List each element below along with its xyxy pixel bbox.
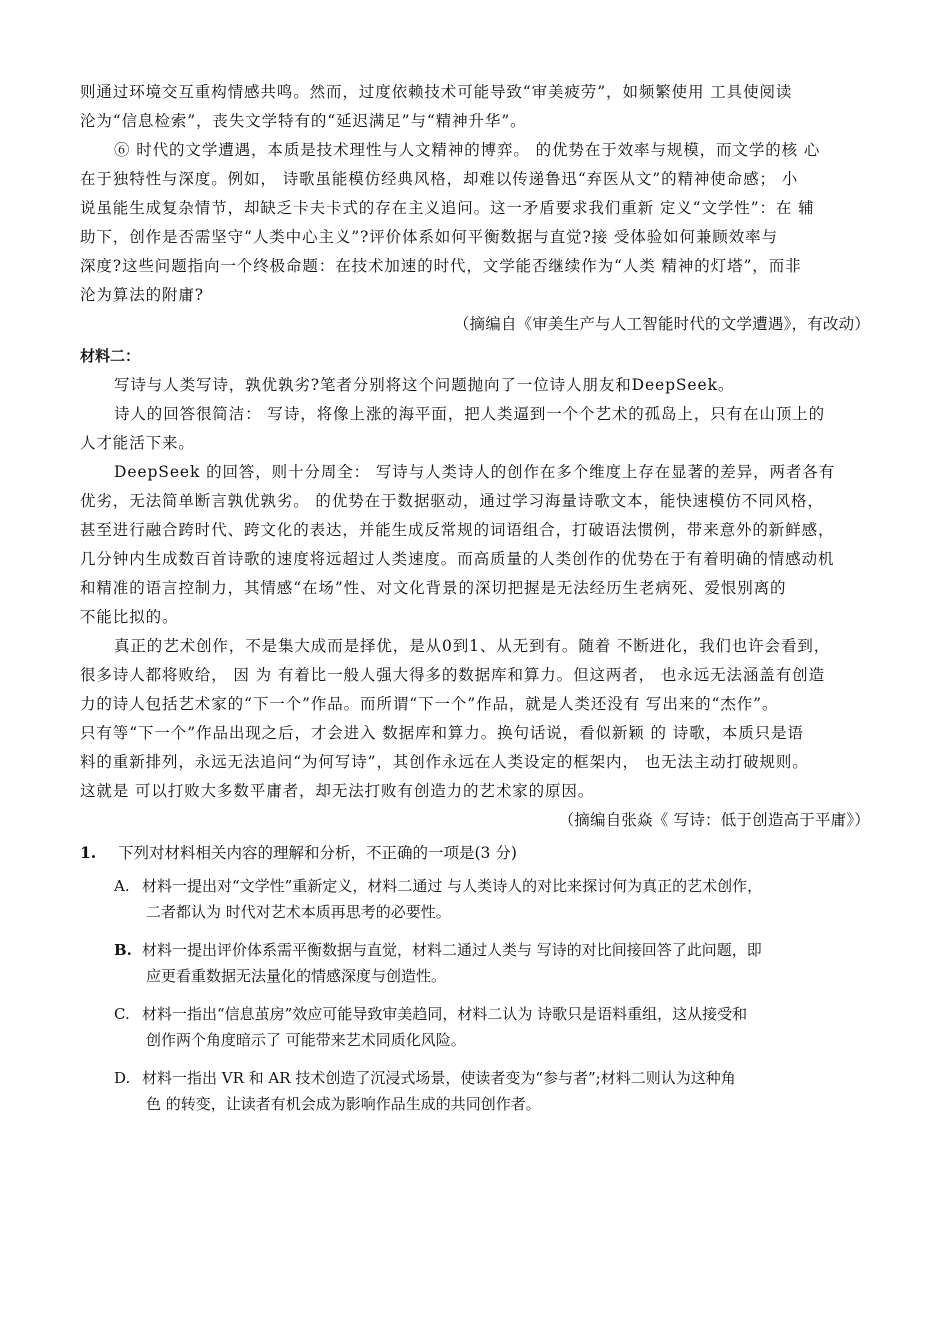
- material-two-paragraph-2: 诗人的回答很简洁： 写诗，将像上涨的海平面，把人类逼到一个个艺术的孤岛上，只有在…: [80, 400, 880, 458]
- option-letter: D.: [114, 1065, 142, 1091]
- text-line: 人才能活下来。: [80, 429, 880, 458]
- material-two-paragraph-1: 写诗与人类写诗，孰优孰劣?笔者分别将这个问题抛向了一位诗人朋友和DeepSeek…: [80, 371, 880, 400]
- option-text: 材料一指出 VR 和 AR 技术创造了沉浸式场景，使读者变为“参与者”;材料二则…: [142, 1069, 736, 1087]
- option-letter: B.: [114, 937, 142, 963]
- question-1-stem: 1.下列对材料相关内容的理解和分析，不正确的一项是(3 分): [80, 839, 880, 867]
- option-text: 材料一指出“信息茧房”效应可能导致审美趋同，材料二认为 诗歌只是语料重组，这从接…: [142, 1005, 747, 1023]
- text-line: 甚至进行融合跨时代、跨文化的表达，并能生成反常规的词语组合，打破语法惯例，带来意…: [80, 516, 880, 545]
- option-text: 材料一提出对“文学性”重新定义，材料二通过 与人类诗人的对比来探讨何为真正的艺术…: [142, 877, 762, 895]
- exam-page: 则通过环境交互重构情感共鸣。然而，过度依赖技术可能导致“审美疲劳”，如频繁使用 …: [80, 78, 880, 1117]
- text-line: 深度?这些问题指向一个终极命题：在技术加速的时代，文学能否继续作为“人类 精神的…: [80, 252, 880, 281]
- option-text-continued: 二者都认为 时代对艺术本质再思考的必要性。: [114, 899, 880, 925]
- text-line: 料的重新排列，永远无法追问“为何写诗”，其创作永远在人类设定的框架内， 也无法主…: [80, 748, 880, 777]
- option-letter: A.: [114, 873, 142, 899]
- question-number: 1.: [80, 839, 118, 867]
- text-line: 真正的艺术创作，不是集大成而是择优，是从0到1、从无到有。随着 不断进化，我们也…: [80, 632, 880, 661]
- text-line: 沦为“信息检索”，丧失文学特有的“延迟满足”与“精神升华”。: [80, 107, 880, 136]
- material-two-source: （摘编自张焱《 写诗：低于创造高于平庸》）: [80, 806, 880, 835]
- text-line: 这就是 可以打败大多数平庸者，却无法打败有创造力的艺术家的原因。: [80, 777, 880, 806]
- material-one-source: （摘编自《审美生产与人工智能时代的文学遭遇》，有改动）: [80, 310, 880, 339]
- option-text-continued: 色 的转变，让读者有机会成为影响作品生成的共同创作者。: [114, 1091, 880, 1117]
- text-line: DeepSeek 的回答，则十分周全： 写诗与人类诗人的创作在多个维度上存在显著…: [80, 458, 880, 487]
- text-line: 则通过环境交互重构情感共鸣。然而，过度依赖技术可能导致“审美疲劳”，如频繁使用 …: [80, 78, 880, 107]
- text-line: 助下，创作是否需坚守“人类中心主义”?评价体系如何平衡数据与直觉?接 受体验如何…: [80, 223, 880, 252]
- text-line: 和精准的语言控制力，其情感“在场”性、对文化背景的深切把握是无法经历生老病死、爱…: [80, 574, 880, 603]
- text-line: 力的诗人包括艺术家的“下一个”作品。而所谓“下一个”作品，就是人类还没有 写出来…: [80, 690, 880, 719]
- material-one-paragraph-6: ⑥ 时代的文学遭遇，本质是技术理性与人文精神的博弈。 的优势在于效率与规模，而文…: [80, 136, 880, 310]
- material-two-heading: 材料二：: [80, 341, 880, 371]
- option-text-continued: 应更看重数据无法量化的情感深度与创造性。: [114, 963, 880, 989]
- question-text: 下列对材料相关内容的理解和分析，不正确的一项是(3 分): [118, 844, 517, 862]
- option-letter: C.: [114, 1001, 142, 1027]
- option-c[interactable]: C.材料一指出“信息茧房”效应可能导致审美趋同，材料二认为 诗歌只是语料重组，这…: [80, 1001, 880, 1053]
- material-two-paragraph-3: DeepSeek 的回答，则十分周全： 写诗与人类诗人的创作在多个维度上存在显著…: [80, 458, 880, 632]
- text-line: 几分钟内生成数百首诗歌的速度将远超过人类速度。而高质量的人类创作的优势在于有着明…: [80, 545, 880, 574]
- text-line: 沦为算法的附庸?: [80, 281, 880, 310]
- option-d[interactable]: D.材料一指出 VR 和 AR 技术创造了沉浸式场景，使读者变为“参与者”;材料…: [80, 1065, 880, 1117]
- material-one-paragraph-5-tail: 则通过环境交互重构情感共鸣。然而，过度依赖技术可能导致“审美疲劳”，如频繁使用 …: [80, 78, 880, 136]
- text-line: 不能比拟的。: [80, 603, 880, 632]
- text-line: 只有等“下一个”作品出现之后，才会进入 数据库和算力。换句话说，看似新颖 的 诗…: [80, 719, 880, 748]
- text-line: 说虽能生成复杂情节，却缺乏卡夫卡式的存在主义追问。这一矛盾要求我们重新 定义“文…: [80, 194, 880, 223]
- text-line: 诗人的回答很简洁： 写诗，将像上涨的海平面，把人类逼到一个个艺术的孤岛上，只有在…: [80, 400, 880, 429]
- text-line: ⑥ 时代的文学遭遇，本质是技术理性与人文精神的博弈。 的优势在于效率与规模，而文…: [80, 136, 880, 165]
- option-a[interactable]: A.材料一提出对“文学性”重新定义，材料二通过 与人类诗人的对比来探讨何为真正的…: [80, 873, 880, 925]
- option-b[interactable]: B.材料一提出评价体系需平衡数据与直觉，材料二通过人类与 写诗的对比间接回答了此…: [80, 937, 880, 989]
- material-two-paragraph-4: 真正的艺术创作，不是集大成而是择优，是从0到1、从无到有。随着 不断进化，我们也…: [80, 632, 880, 806]
- option-text: 材料一提出评价体系需平衡数据与直觉，材料二通过人类与 写诗的对比间接回答了此问题…: [142, 941, 762, 959]
- text-line: 很多诗人都将败给， 因 为 有着比一般人强大得多的数据库和算力。但这两者， 也永…: [80, 661, 880, 690]
- text-line: 在于独特性与深度。例如， 诗歌虽能模仿经典风格，却难以传递鲁迅“弃医从文”的精神…: [80, 165, 880, 194]
- text-line: 优劣，无法简单断言孰优孰劣。 的优势在于数据驱动，通过学习海量诗歌文本，能快速模…: [80, 487, 880, 516]
- option-text-continued: 创作两个角度暗示了 可能带来艺术同质化风险。: [114, 1027, 880, 1053]
